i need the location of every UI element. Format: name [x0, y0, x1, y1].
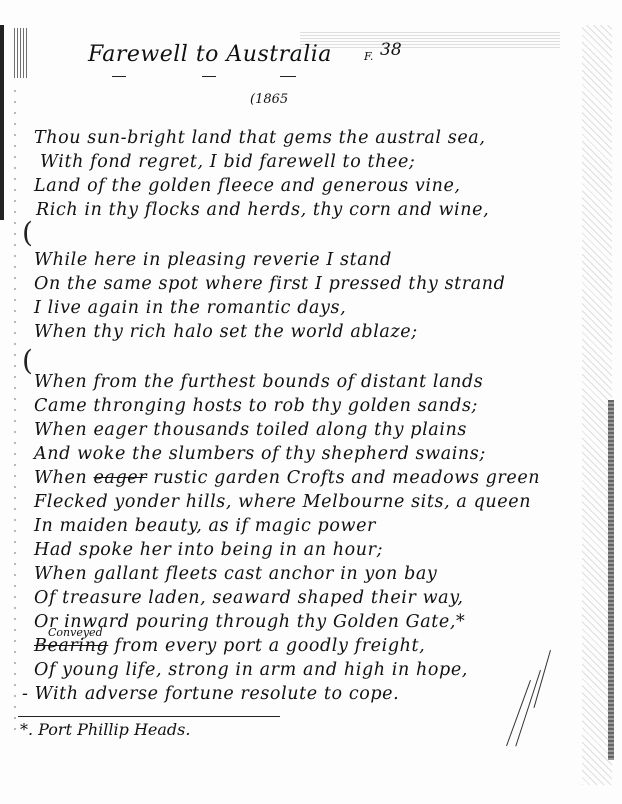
poem-line: Thou sun-bright land that gems the austr… — [34, 128, 486, 148]
line-word: When — [34, 468, 87, 488]
poem-line: And woke the slumbers of thy shepherd sw… — [34, 444, 486, 464]
page-number: 38 — [380, 40, 402, 60]
poem-line: When gallant fleets cast anchor in yon b… — [34, 564, 437, 584]
poem-year: (1865 — [250, 92, 288, 107]
poem-line: Of treasure laden, seaward shaped their … — [34, 588, 464, 608]
page-mark: F. — [364, 50, 373, 63]
poem-line: When eager thousands toiled along thy pl… — [34, 420, 467, 440]
poem-line: Land of the golden fleece and generous v… — [34, 176, 461, 196]
scan-noise-top — [300, 30, 560, 48]
poem-line: Rich in thy flocks and herds, thy corn a… — [36, 200, 489, 220]
title-underline — [112, 76, 126, 77]
line-rest: from every port a goodly freight, — [114, 636, 425, 656]
scan-noise-left — [14, 28, 28, 78]
struck-word: eager — [93, 468, 147, 488]
scan-margin-dots — [14, 90, 16, 730]
poem-line: Came thronging hosts to rob thy golden s… — [34, 396, 478, 416]
poem-line: - With adverse fortune resolute to cope. — [22, 684, 399, 704]
stanza-bracket: ( — [22, 344, 33, 377]
poem-line: Bearing from every port a goodly freight… — [34, 636, 425, 656]
poem-title: Farewell to Australia — [88, 42, 332, 67]
poem-line: In maiden beauty, as if magic power — [34, 516, 376, 536]
footnote: *. Port Phillip Heads. — [20, 720, 190, 739]
poem-line: When thy rich halo set the world ablaze; — [34, 322, 418, 342]
manuscript-page: Farewell to Australia F. 38 (1865 Thou s… — [0, 0, 622, 804]
poem-line: Of young life, strong in arm and high in… — [34, 660, 468, 680]
poem-line: When from the furthest bounds of distant… — [34, 372, 483, 392]
stanza-bracket: ( — [22, 216, 33, 249]
line-rest: rustic garden Crofts and meadows green — [153, 468, 540, 488]
poem-line: Had spoke her into being in an hour; — [34, 540, 383, 560]
poem-line: I live again in the romantic days, — [34, 298, 346, 318]
poem-line: When eager rustic garden Crofts and mead… — [34, 468, 540, 488]
title-underline — [280, 76, 296, 77]
poem-line: On the same spot where first I pressed t… — [34, 274, 505, 294]
footnote-rule — [18, 716, 280, 717]
poem-line: Flecked yonder hills, where Melbourne si… — [34, 492, 531, 512]
struck-word: Bearing — [34, 636, 108, 656]
scan-edge-right — [608, 400, 614, 760]
poem-line: While here in pleasing reverie I stand — [34, 250, 392, 270]
title-underline — [202, 76, 216, 77]
poem-line: With fond regret, I bid farewell to thee… — [40, 152, 415, 172]
scan-edge-left — [0, 25, 4, 220]
